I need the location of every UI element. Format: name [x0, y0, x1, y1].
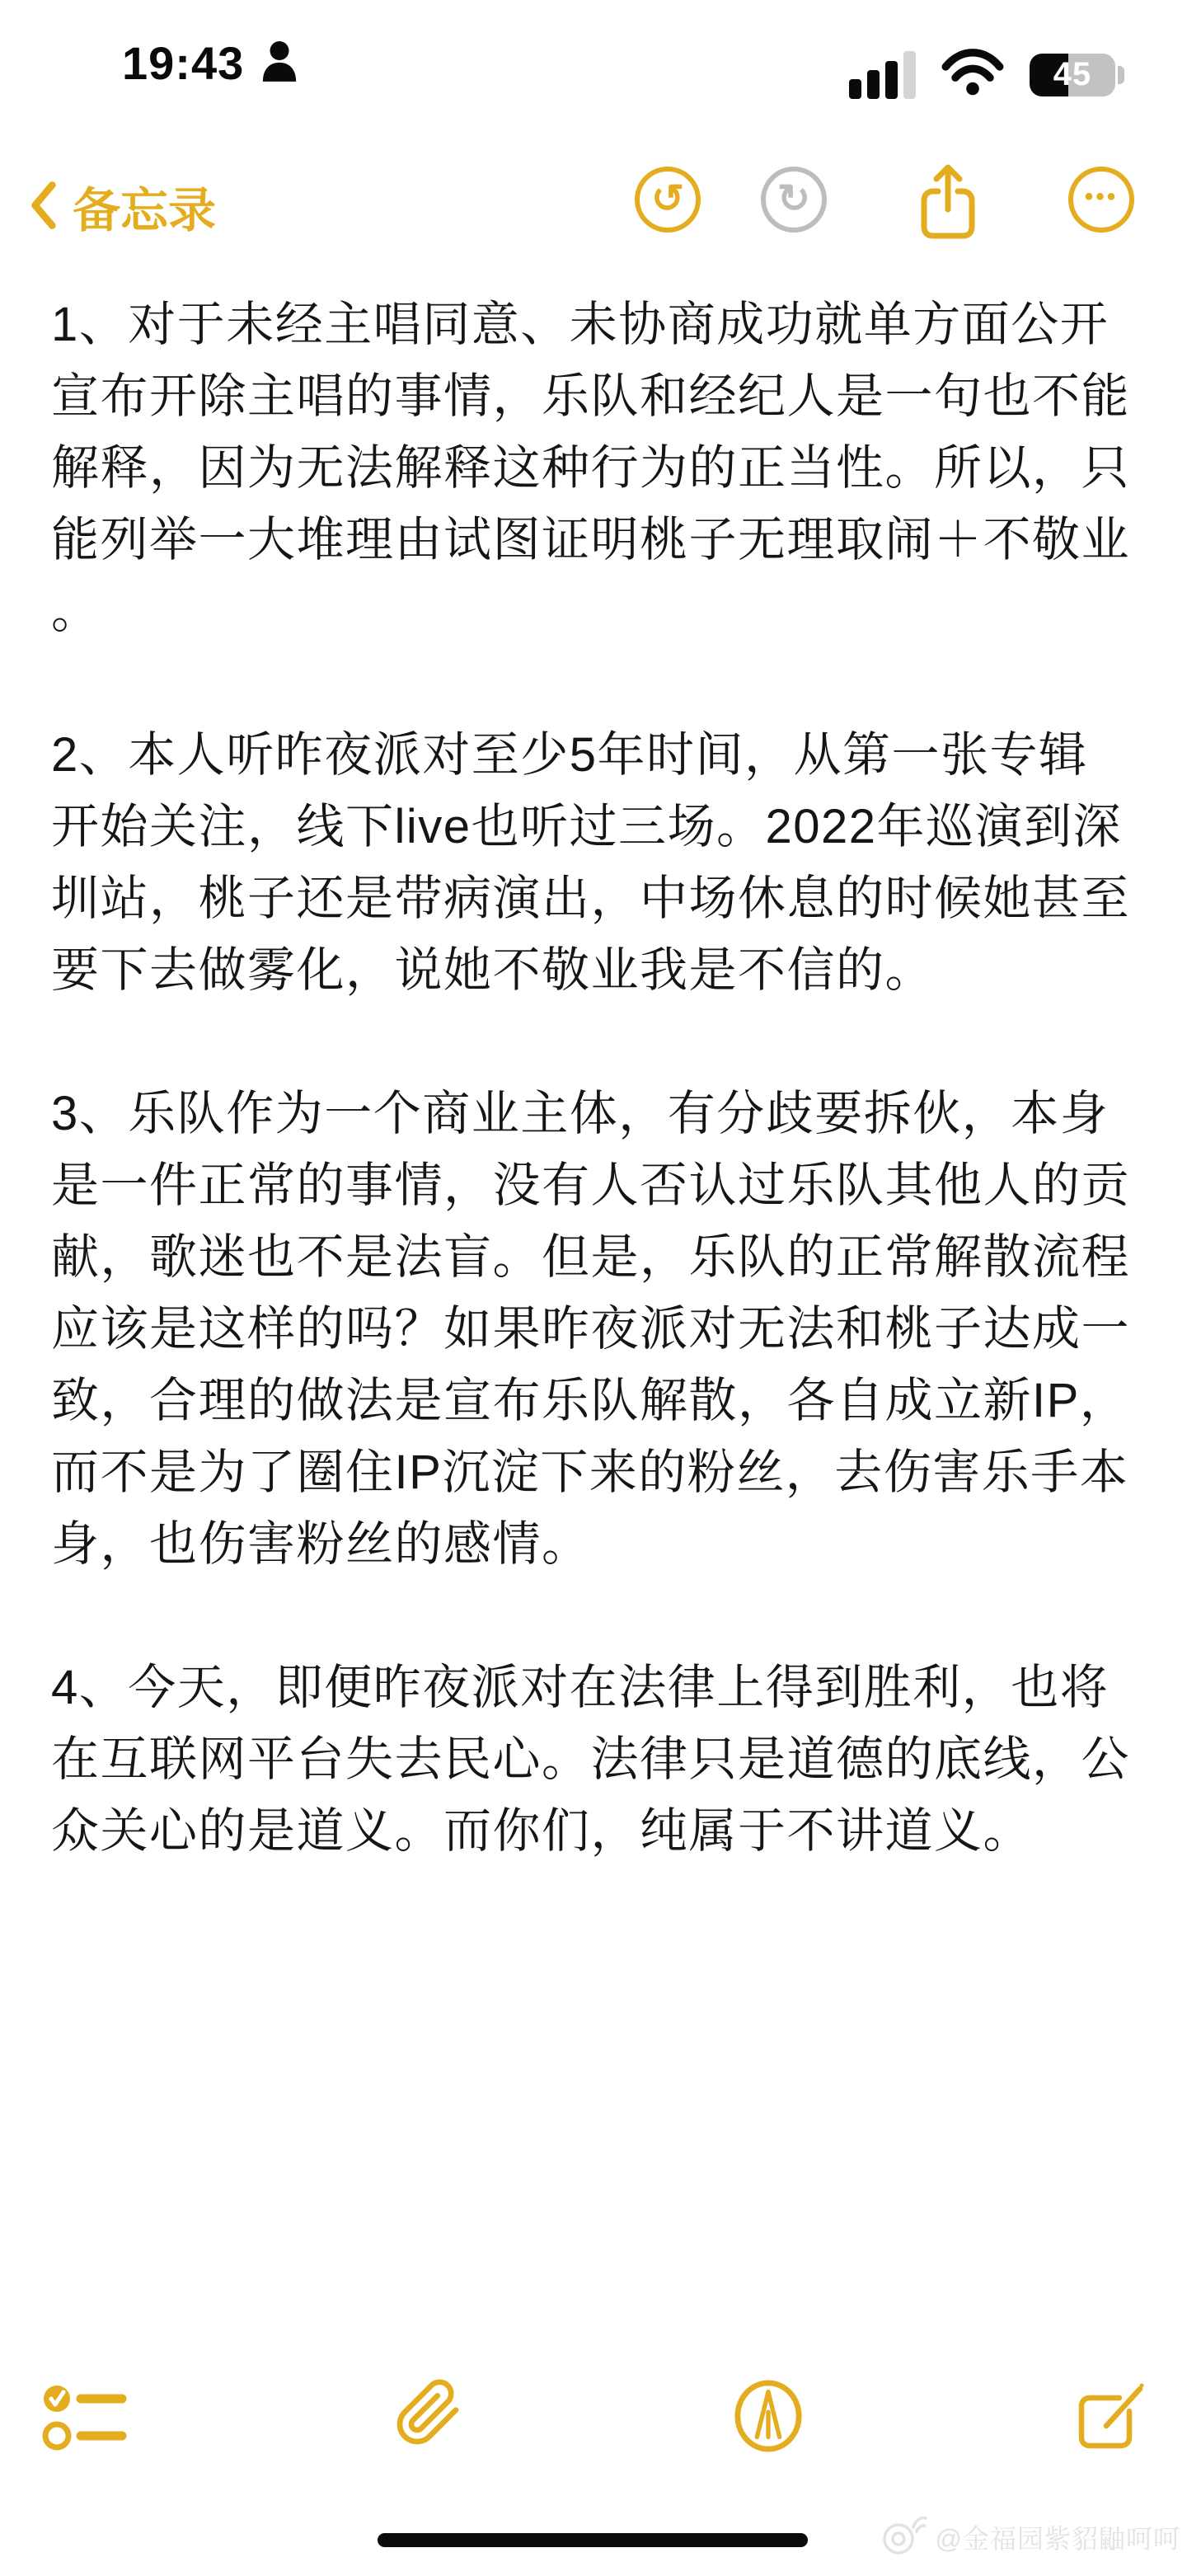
weibo-logo-icon	[878, 2513, 929, 2560]
more-button[interactable]: •••	[1068, 167, 1134, 233]
undo-button[interactable]: ↺	[635, 167, 701, 233]
wifi-icon	[941, 48, 1005, 101]
paperclip-icon	[394, 2437, 463, 2450]
attachment-button[interactable]	[394, 2378, 463, 2450]
battery-cap	[1118, 66, 1124, 84]
share-icon	[913, 233, 983, 245]
ellipsis-icon: •••	[1085, 185, 1119, 214]
redo-button[interactable]: ↻	[761, 167, 827, 233]
note-paragraph[interactable]: 2、本人听昨夜派对至少5年时间，从第一张专辑开始关注，线下live也听过三场。2…	[51, 719, 1136, 1006]
status-bar: 19:43	[0, 0, 1187, 115]
battery-percent: 45	[1030, 54, 1115, 96]
checklist-button[interactable]	[41, 2380, 129, 2458]
note-editor[interactable]: 1、对于未经主唱同意、未协商成功就单方面公开宣布开除主唱的事情，乐队和经纪人是一…	[51, 289, 1136, 1939]
note-paragraph[interactable]: 1、对于未经主唱同意、未协商成功就单方面公开宣布开除主唱的事情，乐队和经纪人是一…	[51, 289, 1136, 647]
redo-icon: ↻	[777, 180, 810, 219]
weibo-watermark: @金福园紫貂鼬呵呵	[878, 2513, 1181, 2560]
markup-icon	[732, 2444, 805, 2456]
compose-icon	[1070, 2444, 1149, 2456]
nav-bar: 备忘录 ↺ ↻ •••	[0, 157, 1187, 266]
bottom-toolbar	[0, 2372, 1187, 2479]
checklist-icon	[41, 2446, 129, 2458]
note-paragraph[interactable]: 4、今天，即便昨夜派对在法律上得到胜利，也将在互联网平台失去民心。法律只是道德的…	[51, 1652, 1136, 1867]
markup-button[interactable]	[732, 2378, 805, 2456]
undo-icon: ↺	[651, 180, 684, 219]
note-paragraph[interactable]: 3、乐队作为一个商业主体，有分歧要拆伙，本身是一件正常的事情，没有人否认过乐队其…	[51, 1078, 1136, 1580]
person-icon	[260, 40, 298, 86]
compose-button[interactable]	[1070, 2375, 1149, 2456]
notes-app-screen: 19:43	[0, 0, 1187, 2576]
cellular-signal-icon	[849, 51, 916, 99]
battery-icon: 45	[1030, 54, 1124, 96]
share-button[interactable]	[913, 160, 983, 242]
home-indicator[interactable]	[378, 2533, 808, 2547]
watermark-handle: @金福园紫貂鼬呵呵	[936, 2518, 1181, 2556]
clock-time: 19:43	[122, 36, 244, 90]
